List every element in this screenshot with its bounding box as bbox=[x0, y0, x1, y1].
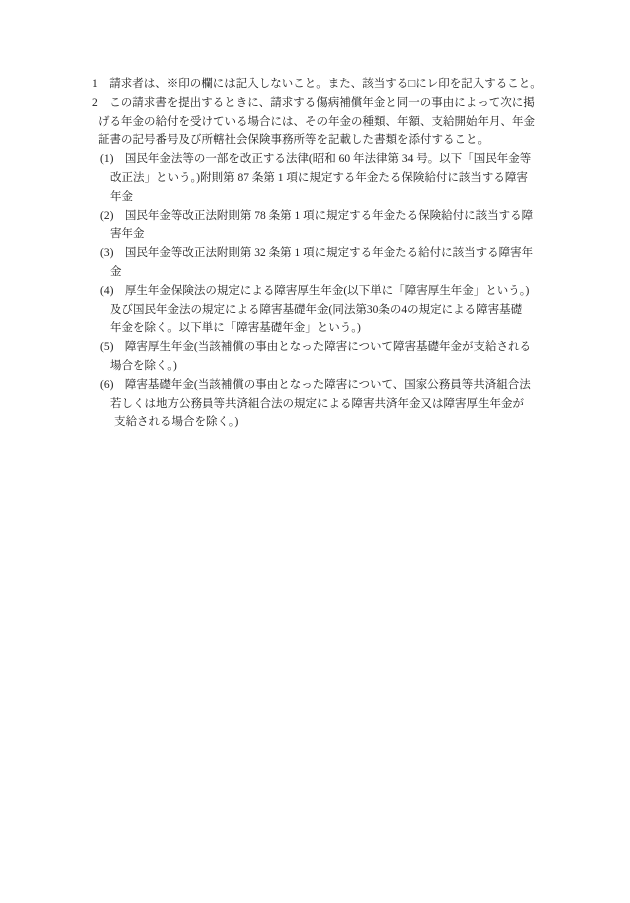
item-1-line-1: (1) 国民年金法等の一部を改正する法律(昭和 60 年法律第 34 号。以下「… bbox=[100, 150, 562, 169]
document-page: 1 請求者は、※印の欄には記入しないこと。また、該当する□にレ印を記入すること。… bbox=[0, 0, 630, 903]
item-5-line-2: 場合を除く。) bbox=[110, 357, 562, 376]
item-4-line-1: (4) 厚生年金保険法の規定による障害厚生年金(以下単に「障害厚生年金」という。… bbox=[100, 282, 562, 301]
item-6-line-1: (6) 障害基礎年金(当該補償の事由となった障害について、国家公務員等共済組合法 bbox=[100, 376, 562, 395]
item-2-line-1: (2) 国民年金等改正法附則第 78 条第 1 項に規定する年金たる保険給付に該… bbox=[100, 207, 562, 226]
item-1-line-3: 年金 bbox=[110, 188, 562, 207]
item-3-line-1: (3) 国民年金等改正法附則第 32 条第 1 項に規定する年金たる給付に該当す… bbox=[100, 244, 562, 263]
notes-block: 1 請求者は、※印の欄には記入しないこと。また、該当する□にレ印を記入すること。… bbox=[92, 75, 562, 432]
item-6-line-3: 支給される場合を除く。) bbox=[114, 413, 562, 432]
item-2-line-2: 害年金 bbox=[110, 225, 562, 244]
item-1-line-2: 改正法」という。)附則第 87 条第 1 項に規定する年金たる保険給付に該当する… bbox=[110, 169, 562, 188]
item-4-line-3: 年金を除く。以下単に「障害基礎年金」という。) bbox=[110, 319, 562, 338]
item-4-line-2: 及び国民年金法の規定による障害基礎年金(同法第30条の4の規定による障害基礎 bbox=[110, 301, 562, 320]
item-6-line-2: 若しくは地方公務員等共済組合法の規定による障害共済年金又は障害厚生年金が bbox=[110, 395, 562, 414]
item-5-line-1: (5) 障害厚生年金(当該補償の事由となった障害について障害基礎年金が支給される bbox=[100, 338, 562, 357]
note-2-line-1: 2 この請求書を提出するときに、請求する傷病補償年金と同一の事由によって次に掲 bbox=[92, 94, 562, 113]
item-3-line-2: 金 bbox=[110, 263, 562, 282]
note-2-line-3: 証書の記号番号及び所轄社会保険事務所等を記載した書類を添付すること。 bbox=[98, 131, 562, 150]
note-1-line: 1 請求者は、※印の欄には記入しないこと。また、該当する□にレ印を記入すること。 bbox=[92, 75, 562, 94]
note-2-line-2: げる年金の給付を受けている場合には、その年金の種類、年額、支給開始年月、年金 bbox=[98, 113, 562, 132]
